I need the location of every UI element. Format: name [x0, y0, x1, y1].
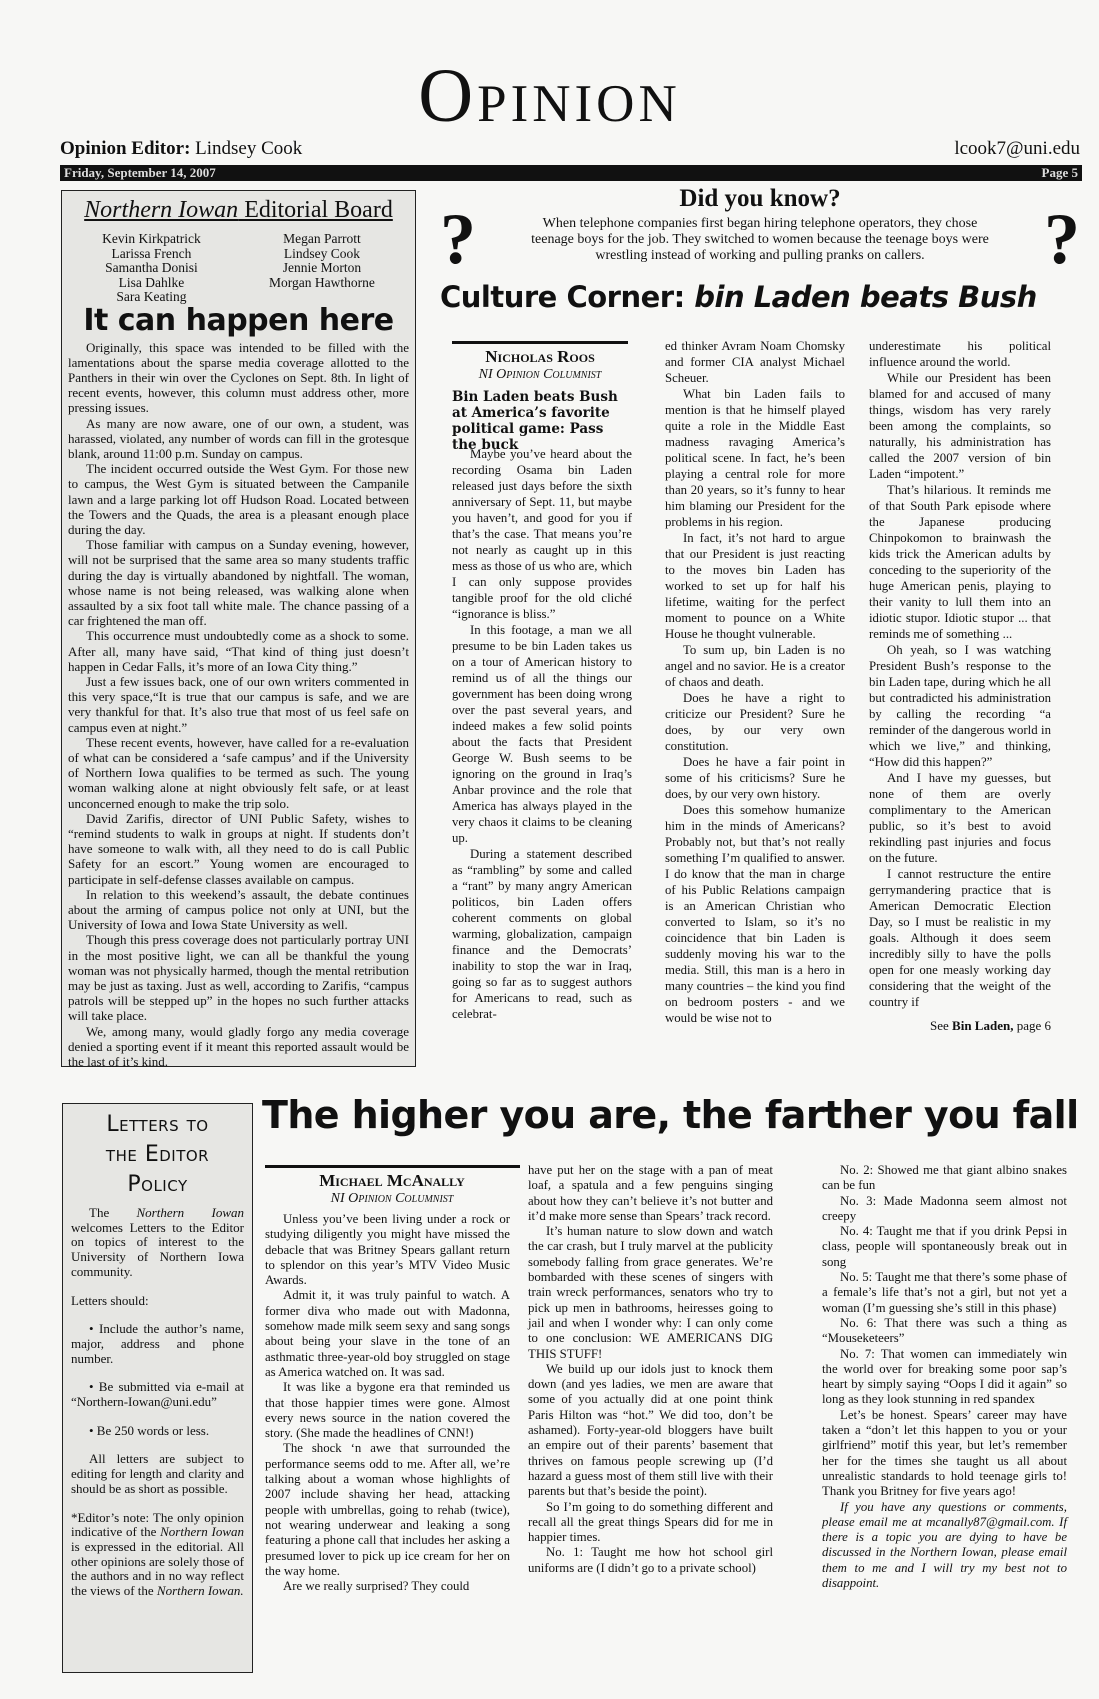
divider: [452, 341, 628, 344]
paragraph: And I have my guesses, but none of them …: [869, 770, 1051, 866]
paragraph: In fact, it’s not hard to argue that our…: [665, 530, 845, 642]
editorial-body: Originally, this space was intended to b…: [68, 340, 409, 1070]
paragraph: As many are now aware, one of our own, a…: [68, 416, 409, 462]
paragraph: In relation to this weekend’s assault, t…: [68, 887, 409, 933]
paragraph: Those familiar with campus on a Sunday e…: [68, 537, 409, 628]
member: Larissa French: [102, 247, 201, 262]
headline-italic: bin Laden beats Bush: [694, 280, 1037, 314]
paragraph: No. 3: Made Madonna seem almost not cree…: [822, 1194, 1067, 1225]
editor-line: Opinion Editor: Lindsey Cook lcook7@uni.…: [60, 138, 1080, 162]
editor-email-link[interactable]: lcook7@uni.edu: [954, 138, 1080, 160]
text: The: [89, 1205, 137, 1220]
higher-column-2: have put her on the stage with a pan of …: [528, 1163, 773, 1576]
paragraph: Oh yeah, so I was watching President Bus…: [869, 642, 1051, 770]
paragraph: No. 2: Showed me that giant albino snake…: [822, 1163, 1067, 1194]
headline-prefix: Culture Corner:: [440, 280, 694, 314]
title-line: the Editor: [71, 1140, 244, 1170]
paragraph: Does he have a right to criticize our Pr…: [665, 690, 845, 754]
member: Samantha Donisi: [102, 261, 201, 276]
divider: [265, 1165, 520, 1168]
member: Lisa Dahlke: [102, 276, 201, 291]
author-contact-note: If you have any questions or comments, p…: [822, 1500, 1067, 1592]
paragraph: That’s hilarious. It reminds me of that …: [869, 482, 1051, 642]
page-number: Page 5: [1042, 165, 1078, 181]
member: Morgan Hawthorne: [269, 276, 375, 291]
title-line: Policy: [71, 1170, 244, 1200]
paragraph: No. 6: That there was such a thing as “M…: [822, 1316, 1067, 1347]
paragraph: The shock ‘n awe that surrounded the per…: [265, 1441, 510, 1579]
article-column-1: Maybe you’ve heard about the recording O…: [452, 446, 632, 1022]
paragraph: It’s human nature to slow down and watch…: [528, 1224, 773, 1362]
policy-editing: All letters are subject to editing for l…: [71, 1452, 244, 1496]
paragraph: In this footage, a man we all presume to…: [452, 622, 632, 846]
editors-note: *Editor’s note: The only opinion indicat…: [71, 1511, 244, 1599]
board-title-text: Editorial Board: [238, 197, 393, 223]
paragraph: have put her on the stage with a pan of …: [528, 1163, 773, 1224]
jump-suffix: page 6: [1013, 1018, 1051, 1033]
date-bar: Friday, September 14, 2007 Page 5: [60, 165, 1082, 181]
paragraph: Does this somehow humanize him in the mi…: [665, 802, 845, 1026]
paragraph: No. 4: Taught me that if you drink Pepsi…: [822, 1224, 1067, 1270]
letters-policy-body: The Northern Iowan welcomes Letters to t…: [71, 1206, 244, 1599]
higher-column-1: Unless you’ve been living under a rock o…: [265, 1212, 510, 1594]
policy-label: Letters should:: [71, 1294, 244, 1309]
question-mark-icon: ?: [1044, 203, 1080, 275]
editorial-box: Northern Iowan Editorial Board Kevin Kir…: [61, 190, 416, 1067]
higher-article-headline: The higher you are, the farther you fall: [262, 1093, 1082, 1137]
higher-column-3: No. 2: Showed me that giant albino snake…: [822, 1163, 1067, 1591]
title-line: Letters to: [71, 1110, 244, 1140]
member: Kevin Kirkpatrick: [102, 232, 201, 247]
paragraph: It was like a bygone era that reminded u…: [265, 1380, 510, 1441]
publication-name: Northern Iowan: [160, 1524, 244, 1539]
paragraph: Does he have a fair point in some of his…: [665, 754, 845, 802]
jump-target: Bin Laden,: [952, 1018, 1013, 1033]
policy-intro: The Northern Iowan welcomes Letters to t…: [71, 1206, 244, 1280]
paragraph: Admit it, it was truly painful to watch.…: [265, 1288, 510, 1380]
section-title: Opinion: [0, 58, 1099, 134]
author-title: NI Opinion Columnist: [262, 1191, 522, 1207]
member: Megan Parrott: [269, 232, 375, 247]
member: Jennie Morton: [269, 261, 375, 276]
author-title: NI Opinion Columnist: [440, 367, 640, 383]
paragraph: During a statement described as “ramblin…: [452, 846, 632, 1022]
editor-name: Lindsey Cook: [195, 138, 302, 159]
text: welcomes Letters to the Editor on topics…: [71, 1220, 244, 1279]
policy-rule: • Include the author’s name, major, addr…: [71, 1322, 244, 1366]
paragraph: What bin Laden fails to mention is that …: [665, 386, 845, 530]
jump-prefix: See: [930, 1018, 952, 1033]
paragraph: Just a few issues back, one of our own w…: [68, 674, 409, 735]
letters-policy-box: Letters to the Editor Policy The Norther…: [62, 1103, 253, 1673]
paragraph: Originally, this space was intended to b…: [68, 340, 409, 416]
board-members: Kevin Kirkpatrick Larissa French Samanth…: [68, 232, 409, 305]
publication-name: Northern Iowan.: [157, 1583, 244, 1598]
culture-corner-headline: Culture Corner: bin Laden beats Bush: [440, 280, 1080, 314]
paragraph: No. 5: Taught me that there’s some phase…: [822, 1270, 1067, 1316]
did-you-know-box: ? ? Did you know? When telephone compani…: [440, 185, 1080, 285]
byline: Nicholas Roos NI Opinion Columnist: [440, 347, 640, 383]
paragraph: underestimate his political influence ar…: [869, 338, 1051, 370]
paragraph: Unless you’ve been living under a rock o…: [265, 1212, 510, 1288]
paragraph: Though this press coverage does not part…: [68, 932, 409, 1023]
question-mark-icon: ?: [440, 203, 476, 275]
policy-rule: • Be 250 words or less.: [71, 1424, 244, 1439]
member: Lindsey Cook: [269, 247, 375, 262]
article-column-2: ed thinker Avram Noam Chomsky and former…: [665, 338, 845, 1026]
publication-name: Northern Iowan: [84, 197, 238, 223]
author-name: Nicholas Roos: [440, 347, 640, 367]
publication-name: Northern Iowan: [137, 1205, 244, 1220]
policy-rule[interactable]: • Be submitted via e-mail at “Northern-I…: [71, 1380, 244, 1409]
article-deck: Bin Laden beats Bush at America’s favori…: [452, 389, 632, 453]
editorial-headline: It can happen here: [68, 303, 409, 338]
paragraph: Maybe you’ve heard about the recording O…: [452, 446, 632, 622]
paragraph: Let’s be honest. Spears’ career may have…: [822, 1408, 1067, 1500]
paragraph: We, among many, would gladly forgo any m…: [68, 1024, 409, 1070]
paragraph: While our President has been blamed for …: [869, 370, 1051, 482]
paragraph: This occurrence must undoubtedly come as…: [68, 628, 409, 674]
did-you-know-fact: When telephone companies first began hir…: [525, 216, 995, 264]
did-you-know-title: Did you know?: [440, 185, 1080, 213]
article-column-3: underestimate his political influence ar…: [869, 338, 1051, 1034]
author-name: Michael McAnally: [262, 1171, 522, 1191]
paragraph: So I’m going to do something different a…: [528, 1500, 773, 1546]
paragraph: To sum up, bin Laden is no angel and no …: [665, 642, 845, 690]
editor-label: Opinion Editor:: [60, 138, 190, 159]
issue-date: Friday, September 14, 2007: [64, 165, 216, 181]
members-right: Megan Parrott Lindsey Cook Jennie Morton…: [269, 232, 375, 305]
paragraph: The incident occurred outside the West G…: [68, 461, 409, 537]
jump-line[interactable]: See Bin Laden, page 6: [869, 1018, 1051, 1034]
paragraph: These recent events, however, have calle…: [68, 735, 409, 811]
editorial-board-title: Northern Iowan Editorial Board: [68, 197, 409, 224]
members-left: Kevin Kirkpatrick Larissa French Samanth…: [102, 232, 201, 305]
paragraph: Are we really surprised? They could: [265, 1579, 510, 1594]
paragraph: We build up our idols just to knock them…: [528, 1362, 773, 1500]
byline: Michael McAnally NI Opinion Columnist: [262, 1171, 522, 1207]
letters-policy-title: Letters to the Editor Policy: [71, 1110, 244, 1200]
paragraph: No. 7: That women can immediately win th…: [822, 1347, 1067, 1408]
paragraph: I cannot restructure the entire gerryman…: [869, 866, 1051, 1010]
paragraph: No. 1: Taught me how hot school girl uni…: [528, 1545, 773, 1576]
paragraph: ed thinker Avram Noam Chomsky and former…: [665, 338, 845, 386]
paragraph: David Zarifis, director of UNI Public Sa…: [68, 811, 409, 887]
